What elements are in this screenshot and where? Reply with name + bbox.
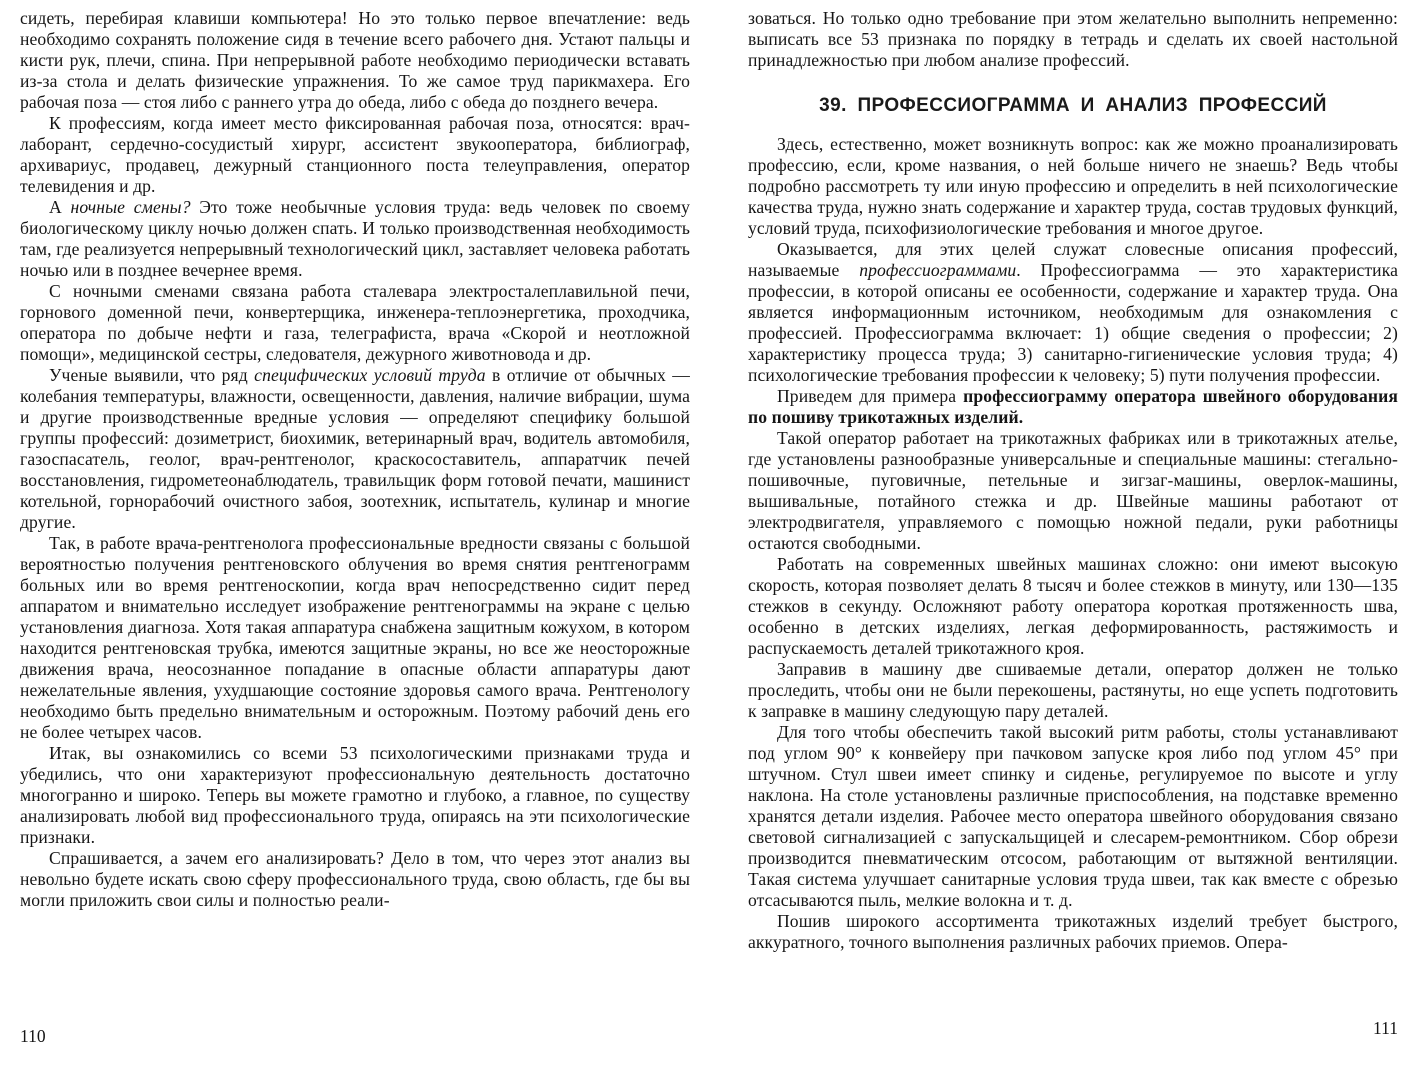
left-paragraph-3-text: А [49,197,71,217]
right-paragraph-4: Приведем для примера профессиограмму опе… [748,386,1398,428]
left-paragraph-5-italic: специфических условий труда [254,365,485,385]
left-paragraph-7: Итак, вы ознакомились со всеми 53 психол… [20,743,690,848]
right-paragraph-7: Заправив в машину две сшиваемые детали, … [748,659,1398,722]
left-paragraph-6: Так, в работе врача-рентгенолога професс… [20,533,690,743]
right-paragraph-8: Для того чтобы обеспечить такой высокий … [748,722,1398,911]
left-paragraph-3-italic: ночные смены? [71,197,191,217]
right-paragraph-3: Оказывается, для этих целей служат слове… [748,239,1398,386]
section-heading: 39. ПРОФЕССИОГРАММА И АНАЛИЗ ПРОФЕССИЙ [748,95,1398,117]
right-paragraph-1: зоваться. Но только одно требование при … [748,8,1398,71]
left-paragraph-4: С ночными сменами связана работа сталева… [20,281,690,365]
right-page-number: 111 [748,1018,1398,1038]
right-paragraph-3-italic: профессиограммами [859,260,1016,280]
left-paragraph-5: Ученые выявили, что ряд специфических ус… [20,365,690,533]
left-paragraph-5-text: Ученые выявили, что ряд [49,365,254,385]
right-page: зоваться. Но только одно требование при … [748,8,1398,953]
right-paragraph-9: Пошив широкого ассортимента трикотажных … [748,911,1398,953]
left-paragraph-3: А ночные смены? Это тоже необычные услов… [20,197,690,281]
left-paragraph-1: сидеть, перебирая клавиши компьютера! Но… [20,8,690,113]
left-page-number: 110 [20,1026,46,1046]
left-page: сидеть, перебирая клавиши компьютера! Но… [20,8,690,911]
left-paragraph-2: К профессиям, когда имеет место фиксиров… [20,113,690,197]
left-paragraph-8: Спрашивается, а зачем его анализировать?… [20,848,690,911]
right-paragraph-4-text: Приведем для примера [777,386,963,406]
right-paragraph-6: Работать на современных швейных машинах … [748,554,1398,659]
right-paragraph-2: Здесь, естественно, может возникнуть воп… [748,134,1398,239]
left-paragraph-5-text-after: в отличие от обычных — колебания темпера… [20,365,690,532]
right-paragraph-5: Такой оператор работает на трикотажных ф… [748,428,1398,554]
book-spread: { "left_page": { "page_number": "110", "… [0,0,1409,1077]
